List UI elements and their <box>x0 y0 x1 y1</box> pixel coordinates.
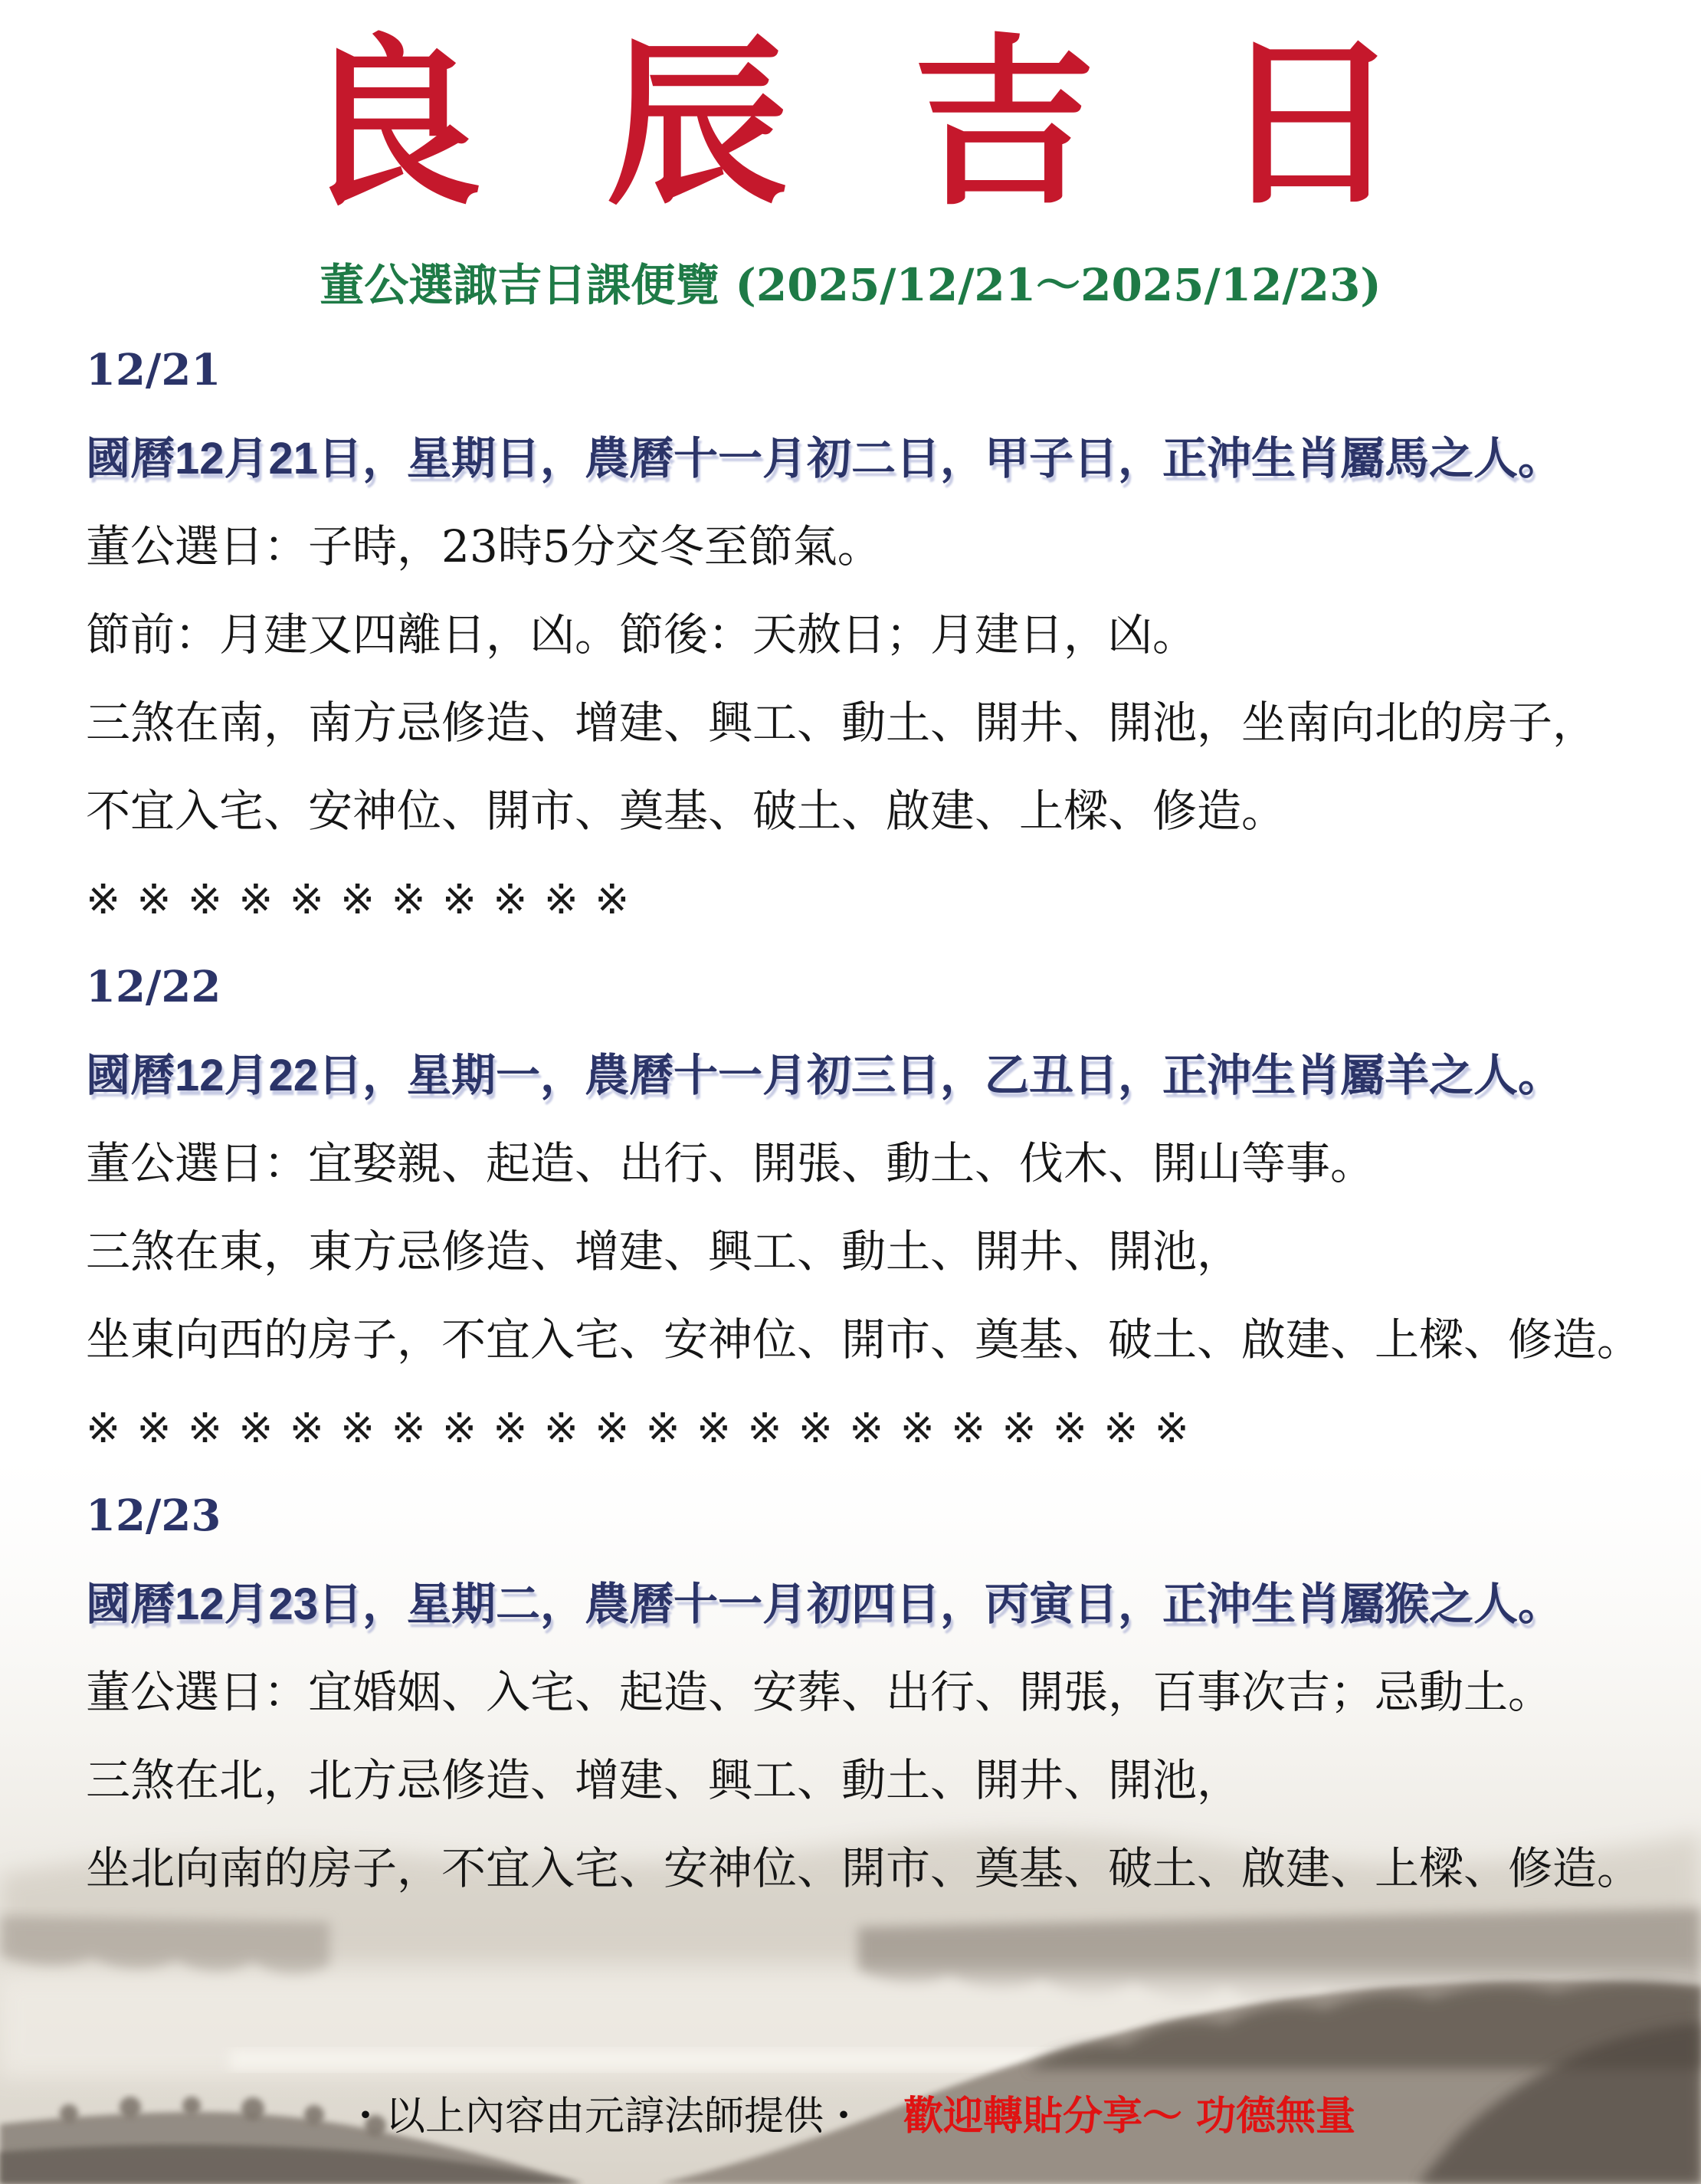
footer-share-text: 歡迎轉貼分享～ 功德無量 <box>903 2093 1355 2140</box>
date-label: 12/23 <box>86 1472 1640 1560</box>
body-line: 坐東向西的房子，不宜入宅、安神位、開市、奠基、破土、啟建、上樑、修造。 <box>86 1296 1640 1384</box>
body-line: 董公選日：宜婚姻、入宅、起造、安葬、出行、開張，百事次吉；忌動土。 <box>86 1648 1640 1736</box>
page-subtitle: 董公選諏吉日課便覽 (2025/12/21～2025/12/23) <box>0 257 1701 313</box>
day-header: 國曆12月23日，星期二，農曆十一月初四日，丙寅日，正沖生肖屬猴之人。 <box>86 1560 1640 1648</box>
page-title: 良 辰 吉 日 <box>0 29 1701 221</box>
body-line: 三煞在南，南方忌修造、增建、興工、動土、開井、開池，坐南向北的房子， <box>86 679 1640 767</box>
day-section-12-23: 12/23 國曆12月23日，星期二，農曆十一月初四日，丙寅日，正沖生肖屬猴之人… <box>86 1472 1640 1913</box>
day-section-12-21: 12/21 國曆12月21日，星期日，農曆十一月初二日，甲子日，正沖生肖屬馬之人… <box>86 326 1640 943</box>
footer-provider-text: ・以上內容由元諄法師提供・ <box>346 2094 864 2140</box>
date-label: 12/21 <box>86 326 1640 415</box>
body-line: 董公選日：宜娶親、起造、出行、開張、動土、伐木、開山等事。 <box>86 1120 1640 1208</box>
document-body: 12/21 國曆12月21日，星期日，農曆十一月初二日，甲子日，正沖生肖屬馬之人… <box>86 326 1640 1913</box>
page-footer: ・以上內容由元諄法師提供・歡迎轉貼分享～ 功德無量 <box>0 2086 1701 2147</box>
day-header: 國曆12月21日，星期日，農曆十一月初二日，甲子日，正沖生肖屬馬之人。 <box>86 415 1640 503</box>
body-line: 董公選日：子時，23時5分交冬至節氣。 <box>86 503 1640 591</box>
body-line: 節前：月建又四離日，凶。節後：天赦日；月建日，凶。 <box>86 591 1640 679</box>
body-line: 三煞在東，東方忌修造、增建、興工、動土、開井、開池， <box>86 1208 1640 1296</box>
separator-row: ※ ※ ※ ※ ※ ※ ※ ※ ※ ※ ※ ※ ※ ※ ※ ※ ※ ※ ※ ※ … <box>86 1384 1640 1472</box>
body-line: 不宜入宅、安神位、開市、奠基、破土、啟建、上樑、修造。 <box>86 767 1640 855</box>
separator-row: ※ ※ ※ ※ ※ ※ ※ ※ ※ ※ ※ <box>86 855 1640 943</box>
day-header: 國曆12月22日，星期一，農曆十一月初三日，乙丑日，正沖生肖屬羊之人。 <box>86 1031 1640 1120</box>
document-content: 良 辰 吉 日 董公選諏吉日課便覽 (2025/12/21～2025/12/23… <box>0 0 1701 2184</box>
almanac-flyer-page: 良 辰 吉 日 董公選諏吉日課便覽 (2025/12/21～2025/12/23… <box>0 0 1701 2184</box>
body-line: 三煞在北，北方忌修造、增建、興工、動土、開井、開池， <box>86 1736 1640 1825</box>
day-section-12-22: 12/22 國曆12月22日，星期一，農曆十一月初三日，乙丑日，正沖生肖屬羊之人… <box>86 943 1640 1472</box>
body-line: 坐北向南的房子，不宜入宅、安神位、開市、奠基、破土、啟建、上樑、修造。 <box>86 1825 1640 1913</box>
date-label: 12/22 <box>86 943 1640 1031</box>
